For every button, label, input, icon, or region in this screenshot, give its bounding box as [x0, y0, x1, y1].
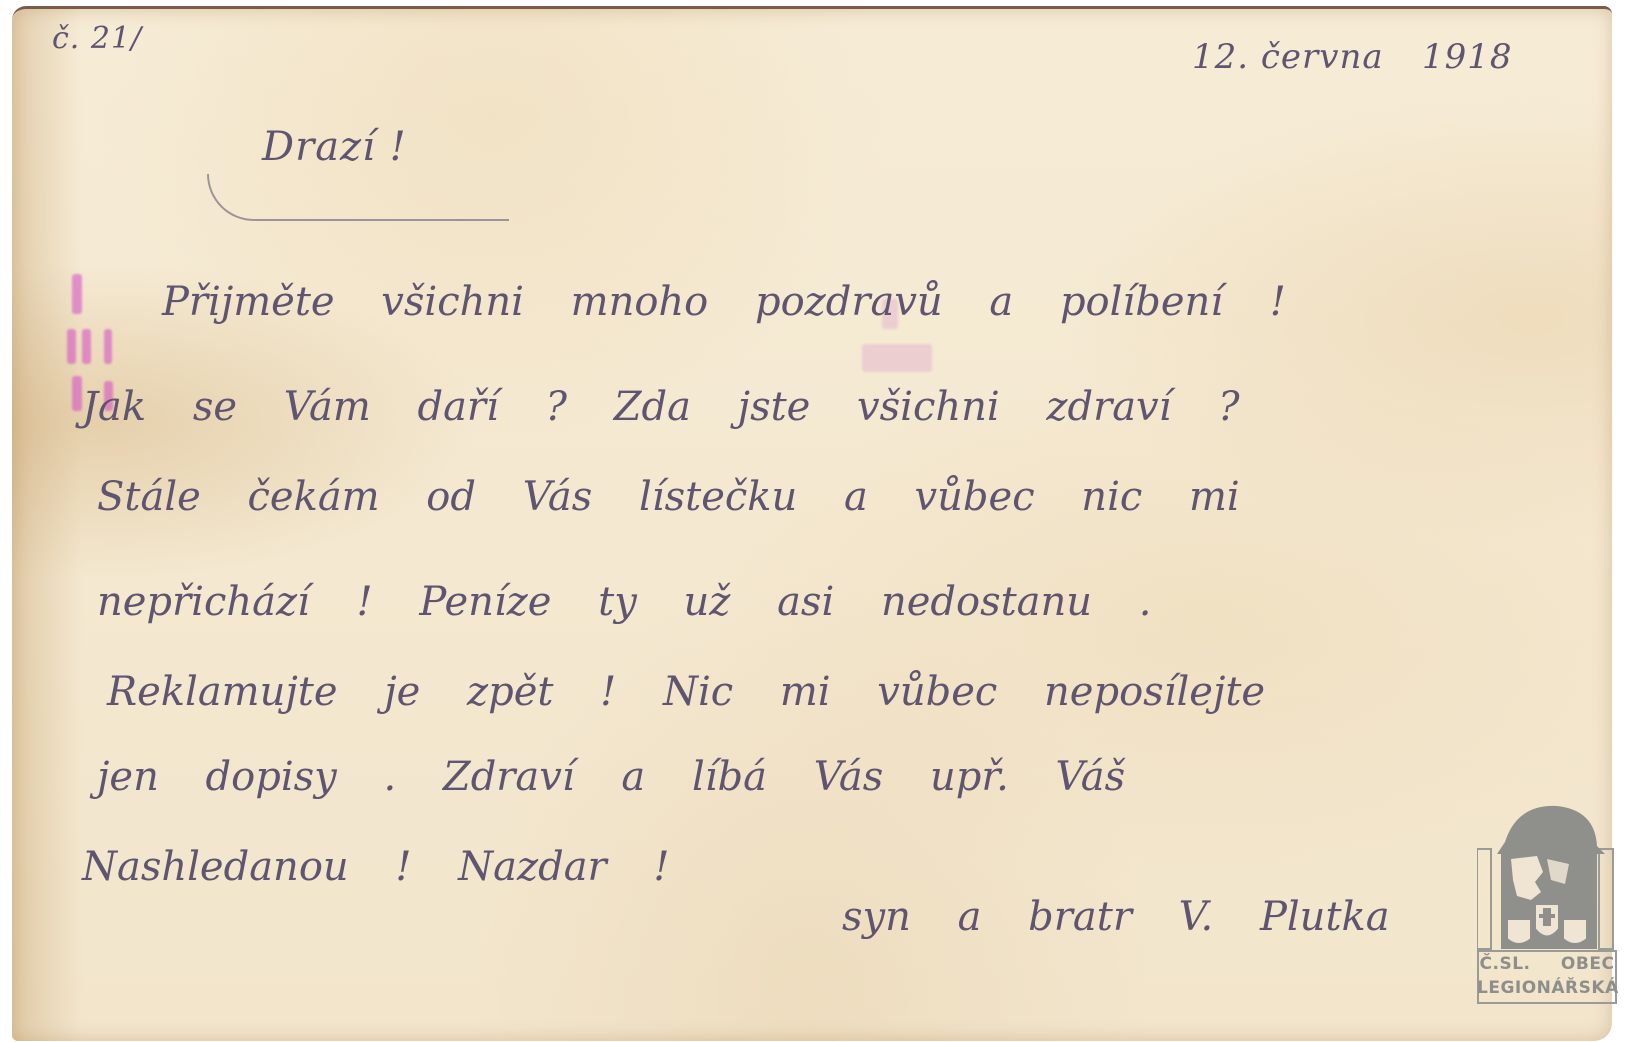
year-text: 1918: [1422, 37, 1513, 77]
greeting-flourish: [207, 174, 509, 221]
logo-text-line1: Č.SL. OBEC: [1477, 954, 1617, 974]
body-line: Stále čekám od Vás lístečku a vůbec nic …: [97, 474, 1240, 520]
body-line: Přijměte všichni mnoho pozdravů a políbe…: [162, 279, 1286, 325]
body-line: Nashledanou ! Nazdar !: [82, 844, 669, 890]
body-line: nepřichází ! Peníze ty už asi nedostanu …: [97, 579, 1151, 625]
greeting: Drazí !: [262, 124, 407, 170]
date-text: 12. června: [1192, 37, 1384, 77]
stamp-mark: [72, 274, 82, 314]
stamp-mark: [72, 376, 82, 411]
soldier-emblem-icon: [1477, 804, 1617, 954]
body-line: Reklamujte je zpět ! Nic mi vůbec neposí…: [107, 669, 1265, 715]
signature: syn a bratr V. Plutka: [842, 894, 1390, 940]
reference-number: č. 21/: [52, 21, 142, 56]
stamp-mark: [104, 329, 112, 364]
body-line: Jak se Vám daří ? Zda jste všichni zdrav…: [82, 384, 1240, 430]
stamp-mark-faint: [862, 344, 932, 372]
legion-logo: Č.SL. OBEC LEGIONÁŘSKÁ: [1477, 804, 1617, 1019]
stamp-mark: [67, 329, 76, 364]
postcard: č. 21/ 12. června 1918 Drazí ! Přijměte …: [12, 6, 1612, 1041]
stamp-mark: [82, 329, 91, 364]
logo-text-line2: LEGIONÁŘSKÁ: [1477, 978, 1617, 998]
body-line: jen dopisy . Zdraví a líbá Vás upř. Váš: [97, 754, 1125, 800]
